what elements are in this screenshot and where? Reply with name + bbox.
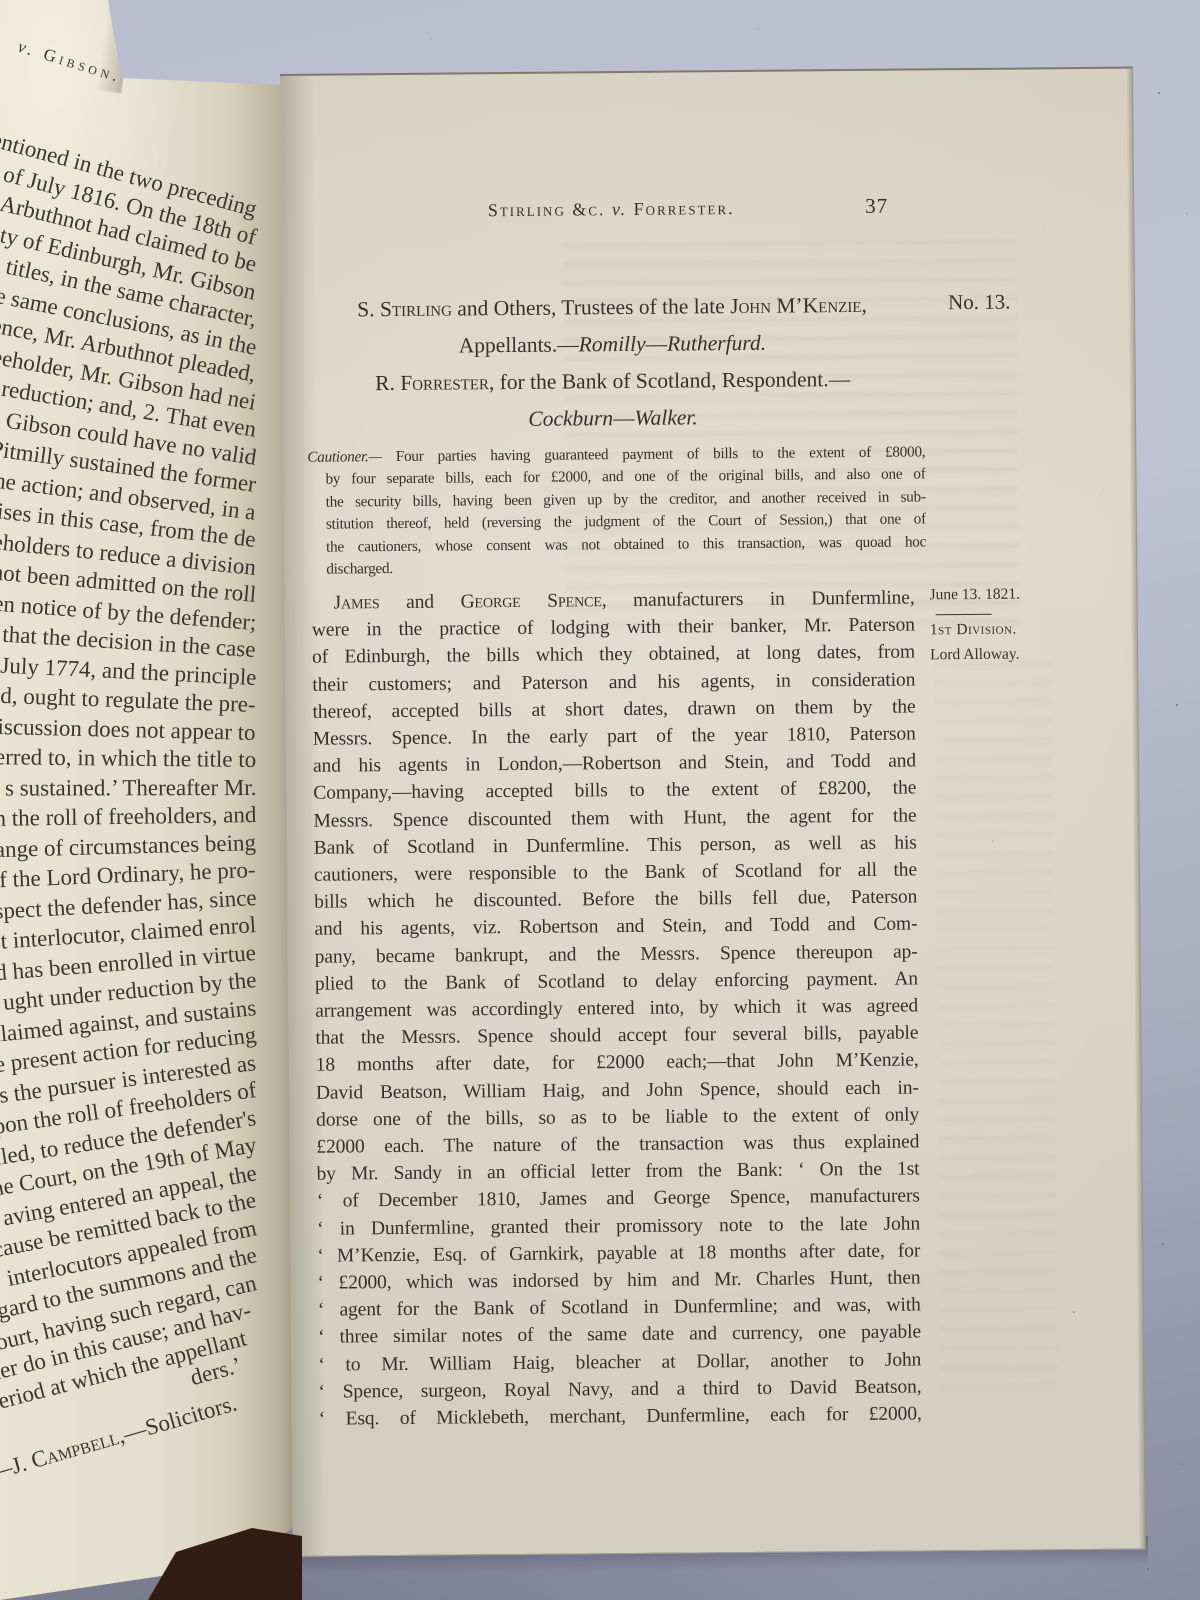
headnote: Cautioner.— Four parties having guarante… [307, 441, 926, 581]
running-head: Stirling &c. v. Forrester. [311, 196, 911, 222]
page-number: 37 [865, 194, 888, 219]
report-body-line: ‘ Esq. of Micklebeth, merchant, Dunferml… [319, 1401, 922, 1433]
case-title: S. Stirling and Others, Trustees of the … [312, 286, 913, 439]
margin-notes: June 13. 1821. 1st Division. Lord Allowa… [929, 585, 1072, 664]
left-page-text-line: discussion does not appear to [0, 712, 256, 745]
page-fore-edge [1126, 69, 1145, 1549]
case-title-line: Cockburn—Walker. [313, 397, 913, 439]
case-title-line: R. Forrester, for the Bank of Scotland, … [313, 360, 913, 402]
paper-flecks [280, 76, 282, 78]
case-title-line: S. Stirling and Others, Trustees of the … [312, 286, 912, 328]
margin-note-date: June 13. 1821. [929, 585, 1071, 604]
case-title-line: Appellants.—Romilly—Rutherfurd. [312, 323, 912, 365]
left-page-text: mentioned in the two precedingof July 18… [0, 0, 302, 1600]
margin-note-rule [936, 614, 992, 615]
left-page-text-line: erred to, in which the title to [0, 743, 256, 773]
margin-note-judge: Lord Alloway. [930, 645, 1072, 664]
left-page: v. Gibson. mentioned in the two precedin… [0, 0, 302, 1600]
margin-note-division: 1st Division. [930, 620, 1072, 639]
right-page: Stirling &c. v. Forrester. 37 S. Stirlin… [280, 67, 1146, 1557]
case-number-note: No. 13. [948, 290, 1011, 316]
book-photograph: v. Gibson. mentioned in the two precedin… [0, 0, 1200, 1600]
left-page-text-line: on the roll of freeholders, and [0, 801, 256, 832]
ink-bleed-through [935, 661, 1057, 1392]
report-body: James and George Spence, manufacturers i… [312, 584, 922, 1433]
left-page-text-line: s sustained.’ Thereafter Mr. [5, 774, 256, 802]
